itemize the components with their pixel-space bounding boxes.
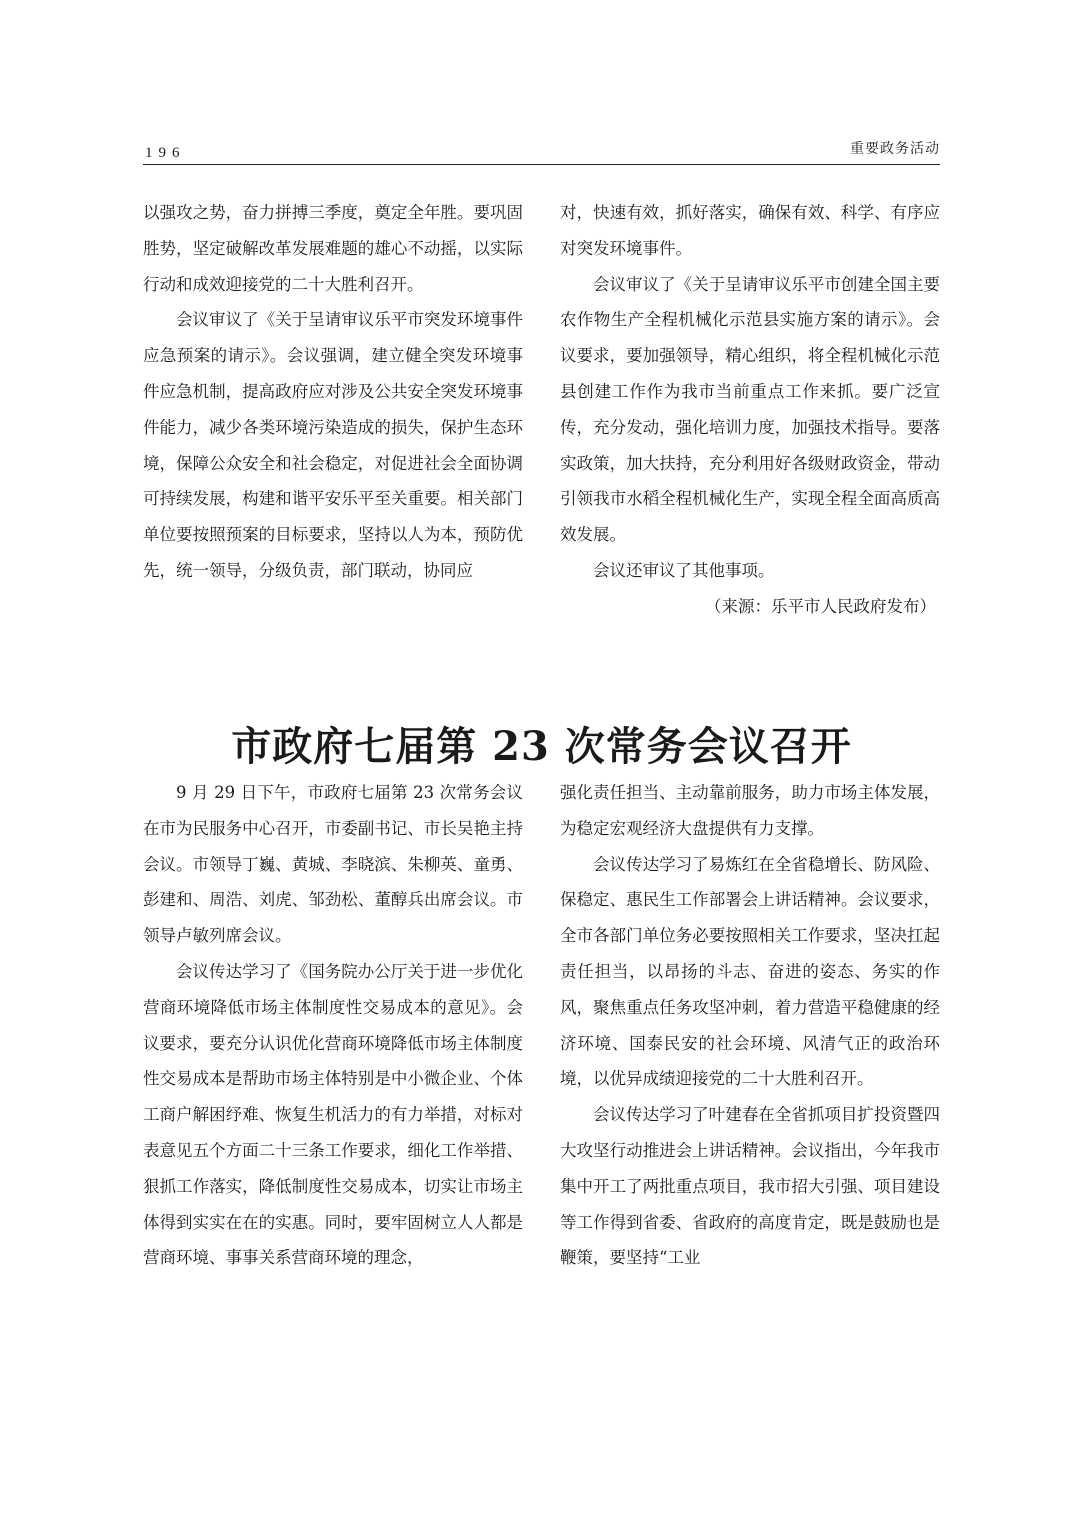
paragraph: 会议审议了《关于呈请审议乐平市创建全国主要农作物生产全程机械化示范县实施方案的请… bbox=[560, 267, 940, 553]
article1-right-column: 对，快速有效，抓好落实，确保有效、科学、有序应对突发环境事件。 会议审议了《关于… bbox=[560, 195, 940, 625]
article2-left-column: 9 月 29 日下午，市政府七届第 23 次常务会议在市为民服务中心召开，市委副… bbox=[143, 775, 523, 1276]
paragraph: 会议审议了《关于呈请审议乐平市突发环境事件应急预案的请示》。会议强调，建立健全突… bbox=[143, 302, 523, 588]
paragraph: 以强攻之势，奋力拼搏三季度，奠定全年胜。要巩固胜势，坚定破解改革发展难题的雄心不… bbox=[143, 195, 523, 302]
paragraph: 会议传达学习了叶建春在全省抓项目扩投资暨四大攻坚行动推进会上讲话精神。会议指出，… bbox=[560, 1097, 940, 1276]
article-title: 市政府七届第 23 次常务会议召开 bbox=[143, 715, 940, 772]
article2-right-column: 强化责任担当、主动靠前服务，助力市场主体发展，为稳定宏观经济大盘提供有力支撑。 … bbox=[560, 775, 940, 1276]
paragraph: 强化责任担当、主动靠前服务，助力市场主体发展，为稳定宏观经济大盘提供有力支撑。 bbox=[560, 775, 940, 847]
page-number: 196 bbox=[145, 145, 186, 162]
section-name: 重要政务活动 bbox=[850, 138, 940, 158]
paragraph: 会议传达学习了易炼红在全省稳增长、防风险、保稳定、惠民生工作部署会上讲话精神。会… bbox=[560, 847, 940, 1098]
paragraph: 会议还审议了其他事项。 bbox=[560, 553, 940, 589]
paragraph: 会议传达学习了《国务院办公厅关于进一步优化营商环境降低市场主体制度性交易成本的意… bbox=[143, 954, 523, 1276]
paragraph: 9 月 29 日下午，市政府七届第 23 次常务会议在市为民服务中心召开，市委副… bbox=[143, 775, 523, 954]
article1-left-column: 以强攻之势，奋力拼搏三季度，奠定全年胜。要巩固胜势，坚定破解改革发展难题的雄心不… bbox=[143, 195, 523, 589]
running-header: 196 重要政务活动 bbox=[143, 136, 940, 165]
paragraph: 对，快速有效，抓好落实，确保有效、科学、有序应对突发环境事件。 bbox=[560, 195, 940, 267]
source-attribution: （来源：乐平市人民政府发布） bbox=[560, 589, 940, 625]
